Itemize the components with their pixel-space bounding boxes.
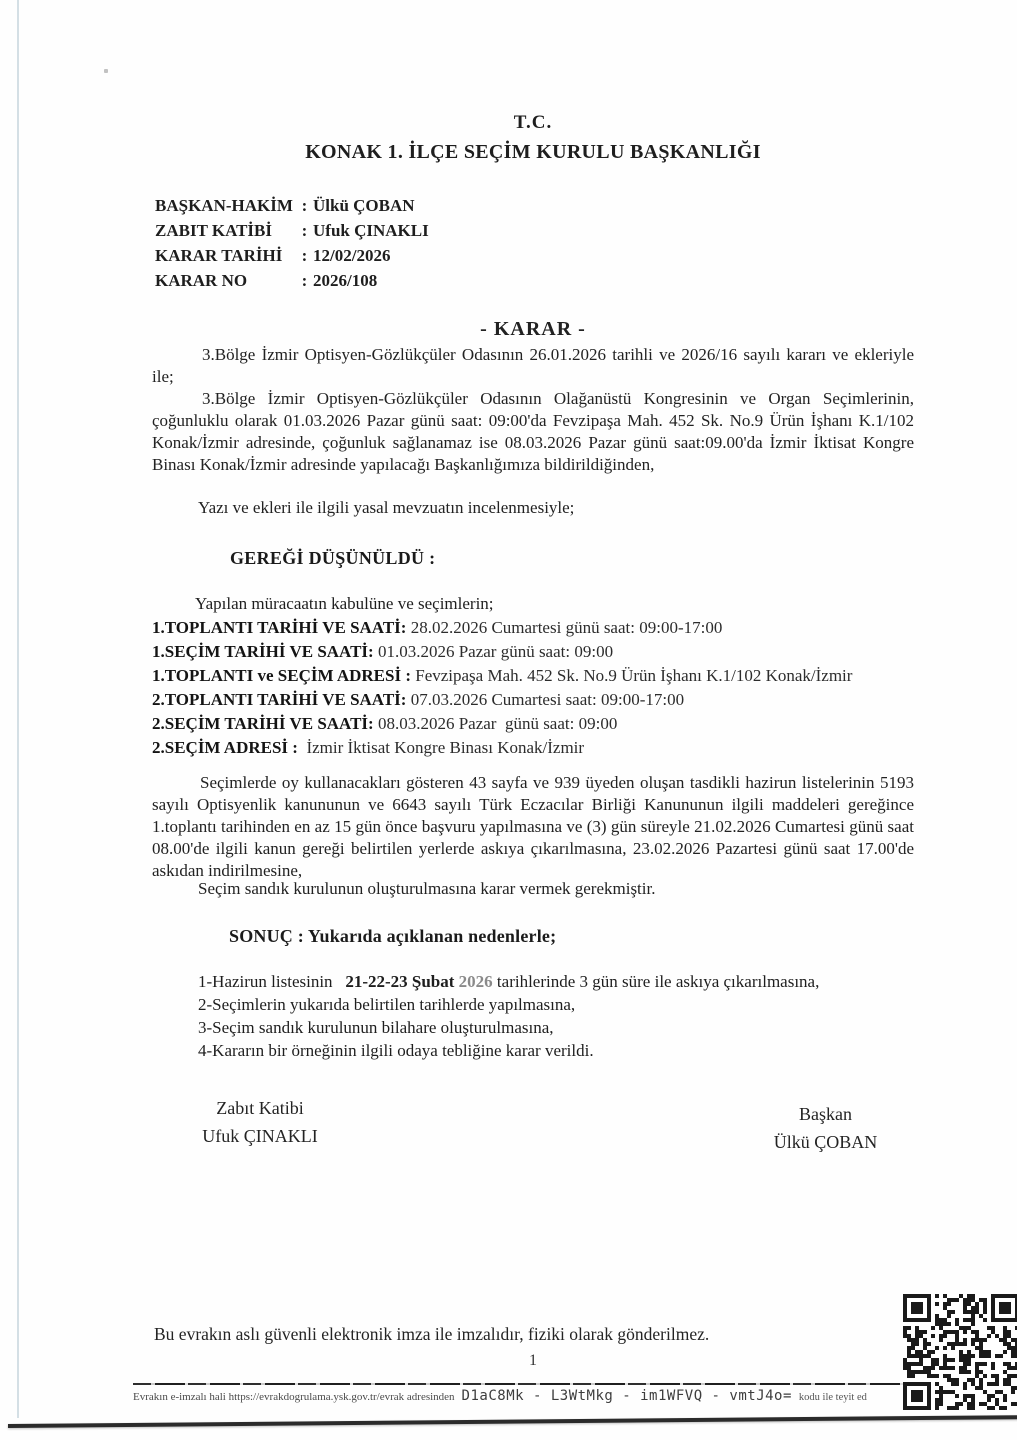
sonuc-item-text: tarihlerinde 3 gün süre ile askıya çıkar… xyxy=(493,972,820,991)
meta-separator: : xyxy=(296,221,313,246)
footer-separator-line xyxy=(133,1383,1017,1385)
karar-paragraph-1: 3.Bölge İzmir Optisyen-Gözlükçüler Odası… xyxy=(152,344,914,388)
geregi-item-label: 2.TOPLANTI TARİHİ VE SAATİ: xyxy=(152,690,406,709)
page-number: 1 xyxy=(152,1352,914,1370)
karar-paragraph-2: 3.Bölge İzmir Optisyen-Gözlükçüler Odası… xyxy=(152,388,914,476)
meta-table: BAŞKAN-HAKİM : Ülkü ÇOBAN ZABIT KATİBİ :… xyxy=(152,196,914,296)
meta-separator: : xyxy=(296,246,313,271)
geregi-item-list: 1.TOPLANTI TARİHİ VE SAATİ: 28.02.2026 C… xyxy=(152,616,914,760)
geregi-item-label: 1.TOPLANTI ve SEÇİM ADRESİ : xyxy=(152,666,411,685)
sonuc-item-bold-dates: 21-22-23 Şubat xyxy=(345,972,454,991)
geregi-item-label: 2.SEÇİM ADRESİ : xyxy=(152,738,298,757)
geregi-item: 1.TOPLANTI ve SEÇİM ADRESİ : Fevzipaşa M… xyxy=(152,664,914,688)
signature-name: Ülkü ÇOBAN xyxy=(728,1128,923,1156)
geregi-item: 1.TOPLANTI TARİHİ VE SAATİ: 28.02.2026 C… xyxy=(152,616,914,640)
geregi-item: 2.TOPLANTI TARİHİ VE SAATİ: 07.03.2026 C… xyxy=(152,688,914,712)
geregi-heading: GEREĞİ DÜŞÜNÜLDÜ : xyxy=(152,548,992,569)
karar-section-heading: - KARAR - xyxy=(152,318,914,341)
authority-title: KONAK 1. İLÇE SEÇİM KURULU BAŞKANLIĞI xyxy=(152,141,914,164)
meta-row: ZABIT KATİBİ : Ufuk ÇINAKLI xyxy=(152,221,914,246)
sonuc-item-list: 1-Hazirun listesinin 21-22-23 Şubat 2026… xyxy=(152,970,960,1062)
scan-edge-line xyxy=(17,0,19,1418)
meta-row: KARAR TARİHİ : 12/02/2026 xyxy=(152,246,914,271)
geregi-item-value: 01.03.2026 Pazar günü saat: 09:00 xyxy=(374,642,613,661)
geregi-item-label: 2.SEÇİM TARİHİ VE SAATİ: xyxy=(152,714,374,733)
signature-block-president: Başkan Ülkü ÇOBAN xyxy=(728,1100,923,1156)
geregi-item: 1.SEÇİM TARİHİ VE SAATİ: 01.03.2026 Paza… xyxy=(152,640,914,664)
list-item: 1-Hazirun listesinin 21-22-23 Şubat 2026… xyxy=(198,970,960,993)
signature-title: Zabıt Katibi xyxy=(155,1094,365,1122)
disclaimer-text: Bu evrakın aslı güvenli elektronik imza … xyxy=(152,1324,916,1345)
meta-value: 2026/108 xyxy=(313,271,914,296)
meta-label: BAŞKAN-HAKİM xyxy=(152,196,296,221)
geregi-intro: Yapılan müracaatın kabulüne ve seçimleri… xyxy=(152,594,957,614)
qr-code-graphic xyxy=(903,1294,1017,1410)
geregi-item-label: 1.TOPLANTI TARİHİ VE SAATİ: xyxy=(152,618,406,637)
geregi-item-label: 1.SEÇİM TARİHİ VE SAATİ: xyxy=(152,642,374,661)
geregi-item: 2.SEÇİM TARİHİ VE SAATİ: 08.03.2026 Paza… xyxy=(152,712,914,736)
geregi-item: 2.SEÇİM ADRESİ : İzmir İktisat Kongre Bi… xyxy=(152,736,914,760)
karar-paragraph-3: Yazı ve ekleri ile ilgili yasal mevzuatı… xyxy=(152,497,914,519)
signature-block-clerk: Zabıt Katibi Ufuk ÇINAKLI xyxy=(155,1094,365,1150)
list-item: 2-Seçimlerin yukarıda belirtilen tarihle… xyxy=(198,993,960,1016)
meta-separator: : xyxy=(296,271,313,296)
meta-row: KARAR NO : 2026/108 xyxy=(152,271,914,296)
list-item: 4-Kararın bir örneğinin ilgili odaya teb… xyxy=(198,1039,960,1062)
sonuc-item-text: 1-Hazirun listesinin xyxy=(198,972,345,991)
meta-separator: : xyxy=(296,196,313,221)
verification-suffix: kodu ile teyit ed xyxy=(799,1392,867,1403)
geregi-paragraph: Seçimlerde oy kullanacakları gösteren 43… xyxy=(152,772,914,882)
meta-label: KARAR NO xyxy=(152,271,296,296)
qr-code xyxy=(903,1294,1017,1410)
signature-name: Ufuk ÇINAKLI xyxy=(155,1122,365,1150)
geregi-item-value: 07.03.2026 Cumartesi saat: 09:00-17:00 xyxy=(406,690,684,709)
meta-value: 12/02/2026 xyxy=(313,246,914,271)
verification-code: D1aC8Mk - L3WtMkg - im1WFVQ - vmtJ4o= xyxy=(462,1388,792,1404)
meta-label: KARAR TARİHİ xyxy=(152,246,296,271)
meta-value: Ufuk ÇINAKLI xyxy=(313,221,914,246)
meta-row: BAŞKAN-HAKİM : Ülkü ÇOBAN xyxy=(152,196,914,221)
geregi-item-value: 28.02.2026 Cumartesi günü saat: 09:00-17… xyxy=(406,618,722,637)
geregi-item-value: 08.03.2026 Pazar günü saat: 09:00 xyxy=(374,714,618,733)
document-header: T.C. KONAK 1. İLÇE SEÇİM KURULU BAŞKANLI… xyxy=(152,112,914,164)
verification-prefix: Evrakın e-imzalı hali https://evrakdogru… xyxy=(133,1391,455,1403)
country-title: T.C. xyxy=(152,112,914,134)
page-edge-line xyxy=(8,1415,1017,1428)
geregi-item-value: Fevzipaşa Mah. 452 Sk. No.9 Ürün İşhanı … xyxy=(411,666,852,685)
meta-value: Ülkü ÇOBAN xyxy=(313,196,914,221)
verification-line: Evrakın e-imzalı hali https://evrakdogru… xyxy=(133,1388,1017,1404)
geregi-conclusion: Seçim sandık kurulunun oluşturulmasına k… xyxy=(152,879,960,899)
meta-label: ZABIT KATİBİ xyxy=(152,221,296,246)
scan-speck xyxy=(104,69,108,73)
geregi-item-value: İzmir İktisat Kongre Binası Konak/İzmir xyxy=(298,738,584,757)
sonuc-item-year: 2026 xyxy=(454,972,492,991)
signature-title: Başkan xyxy=(728,1100,923,1128)
sonuc-heading: SONUÇ : Yukarıda açıklanan nedenlerle; xyxy=(152,926,991,947)
list-item: 3-Seçim sandık kurulunun bilahare oluştu… xyxy=(198,1016,960,1039)
scanned-document-page: T.C. KONAK 1. İLÇE SEÇİM KURULU BAŞKANLI… xyxy=(0,0,1017,1440)
